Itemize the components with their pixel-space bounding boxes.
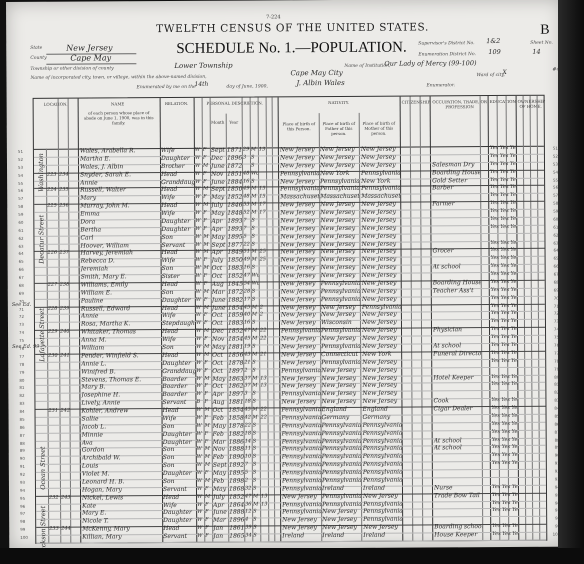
cell-father: New Jersey	[321, 366, 360, 373]
line-number: 68	[19, 283, 24, 288]
cell-age: 53	[243, 202, 250, 208]
cell-mar: S	[252, 359, 259, 365]
cell-month: Oct	[212, 352, 227, 359]
cell-mar: S	[251, 241, 258, 247]
cell-father: New Jersey	[321, 272, 360, 279]
cell-born: New Jersey	[281, 335, 320, 342]
cell-father: New Jersey	[320, 201, 359, 208]
cell-rel: Son	[163, 446, 196, 453]
cell-name: Pender, Winfield S.	[81, 352, 161, 359]
scan-edge	[0, 548, 584, 564]
cell-age: 11	[245, 446, 252, 452]
cell-born: New Jersey	[282, 524, 321, 531]
cell-edu: Yes Yes Yes	[491, 271, 517, 277]
township-value: Lower Township	[174, 62, 232, 70]
line-number: 93	[20, 480, 25, 485]
state-value: New Jersey	[66, 43, 112, 52]
cell-father: Pennsylvania	[321, 359, 360, 366]
cell-month: Aug	[212, 399, 227, 406]
cell-color: W	[197, 494, 204, 500]
cell-month: Dec	[211, 155, 226, 162]
cell-mar: S	[253, 525, 260, 531]
cell-age: 4	[245, 517, 252, 523]
cell-month: Feb	[213, 430, 228, 437]
cell-house: 228	[48, 305, 59, 311]
cell-name: Jeremiah	[81, 265, 161, 272]
cell-mother: Pennsylvania	[363, 469, 402, 476]
cell-edu: Yes Yes Yes	[490, 184, 516, 190]
cell-born: New Jersey	[281, 382, 320, 389]
cell-age: 18	[244, 399, 251, 405]
cell-father: Wisconsin	[321, 319, 360, 326]
cell-born: Pennsylvania	[281, 390, 320, 397]
cell-color: W	[197, 517, 204, 523]
cell-color: W	[197, 533, 204, 539]
cell-color: W	[196, 289, 203, 295]
line-number: 92	[20, 472, 25, 477]
cell-month: Apr	[213, 501, 228, 508]
cell-rel: Son	[161, 234, 194, 241]
cell-sex: M	[204, 289, 211, 295]
line-number: 65	[19, 259, 24, 264]
cell-year: 1852	[228, 273, 243, 280]
schedule-title: SCHEDULE No. 1.—POPULATION.	[176, 40, 407, 58]
state-label: State	[30, 46, 42, 51]
cell-edu: Yes Yes Yes	[490, 145, 516, 151]
line-number: 86	[20, 425, 25, 430]
cell-father: New Jersey	[321, 390, 360, 397]
cell-occ: Hotel Keeper	[433, 374, 481, 381]
cell-sex: M	[203, 202, 210, 208]
cell-name: Bertha	[80, 226, 160, 233]
cell-house: 230	[48, 353, 59, 359]
cell-color: W	[196, 312, 203, 318]
cell-month: July	[213, 493, 228, 500]
line-number: 74	[19, 330, 24, 335]
cell-age: 12	[245, 509, 252, 515]
cell-month: Feb	[213, 415, 228, 422]
line-number: 59	[18, 212, 23, 217]
cell-father: New Jersey	[320, 233, 359, 240]
county-label: County	[30, 56, 46, 61]
cell-color: W	[196, 336, 203, 342]
cell-rel: Daughter	[163, 438, 196, 445]
cell-fam: 238	[60, 282, 69, 288]
cell-father: New Jersey	[321, 256, 360, 263]
line-number: 69	[19, 291, 24, 296]
col-month: Month	[210, 120, 226, 125]
cell-color: W	[197, 438, 204, 444]
cell-born: New Jersey	[280, 225, 319, 232]
street-name: Lafayette Street	[38, 308, 46, 362]
line-number: 75	[19, 338, 24, 343]
cell-mother: England	[362, 406, 401, 413]
cell-father: Pennsylvania	[322, 477, 361, 484]
cell-rel: Head	[162, 407, 195, 414]
cell-name: Hogan, Mary	[82, 486, 162, 493]
cell-year: 1890	[229, 454, 244, 461]
cell-sex: F	[204, 312, 211, 318]
cell-name: Pauline	[81, 297, 161, 304]
cell-edu: Yes Yes Yes	[491, 373, 517, 379]
cell-sex: F	[205, 509, 212, 515]
cell-edu: Yes Yes Yes	[491, 310, 517, 316]
cell-name: Kate	[82, 502, 162, 509]
cell-edu: Yes Yes Yes	[491, 334, 517, 340]
cell-rel: Wife	[161, 147, 194, 154]
cell-sex: F	[203, 226, 210, 232]
cell-name: Annie	[80, 179, 160, 186]
cell-month: June	[211, 162, 226, 169]
cell-sex: F	[204, 336, 211, 342]
cell-sex: F	[205, 438, 212, 444]
cell-rel: Servant	[163, 486, 196, 493]
cell-year: 1878	[228, 359, 243, 366]
cell-color: W	[197, 454, 204, 460]
cell-mar: M	[251, 194, 258, 200]
cell-color: W	[197, 501, 204, 507]
cell-year: 1898	[229, 478, 244, 485]
sheet-label: Sheet No.	[530, 41, 553, 46]
cell-sex: F	[203, 155, 210, 161]
cell-age: 47	[244, 328, 251, 334]
cell-mother: New Jersey	[362, 374, 401, 381]
cell-occ: Farmer	[432, 200, 480, 207]
cell-born: Pennsylvania	[282, 485, 321, 492]
cell-name: Harvey, Jeremiah	[81, 249, 161, 256]
cell-mother: Pennsylvania	[363, 445, 402, 452]
cell-rel: Head	[163, 525, 196, 532]
cell-month: Sept	[211, 147, 226, 154]
cell-born: New Jersey	[280, 217, 319, 224]
line-number: 96	[20, 503, 25, 508]
line-number: 84	[19, 409, 24, 414]
cell-mar: S	[253, 470, 260, 476]
cell-year: 1858	[229, 414, 244, 421]
cell-color: W	[196, 383, 203, 389]
cell-father: Pennsylvania	[322, 430, 361, 437]
cell-occ: Barber	[432, 184, 480, 191]
cell-year: 1878	[229, 422, 244, 429]
cell-father: Pennsylvania	[320, 177, 359, 184]
cell-edu: Yes Yes Yes	[490, 224, 516, 230]
cell-mother: New Jersey	[361, 153, 400, 160]
street-name: Washington	[37, 153, 45, 192]
cell-father: New Jersey	[320, 162, 359, 169]
cell-month: Oct	[212, 407, 227, 414]
cell-age: 2	[244, 367, 251, 373]
cell-born: Pennsylvania	[282, 477, 321, 484]
cell-born: New Jersey	[280, 162, 319, 169]
cell-name: Wales, Arabella R.	[80, 147, 160, 154]
cell-year: 1895	[229, 470, 244, 477]
cell-month: Mar	[213, 438, 228, 445]
cell-sex: M	[203, 241, 210, 247]
line-number: 60	[18, 220, 23, 225]
cell-month: May	[211, 210, 226, 217]
line-number: 61	[18, 228, 23, 233]
cell-year: 1888	[229, 509, 244, 516]
cell-month: Nov	[211, 170, 226, 177]
sheet-value: 14	[532, 48, 540, 56]
cell-age: 19	[244, 344, 251, 350]
cell-mar: Wd	[251, 170, 258, 176]
cell-mar: S	[252, 391, 259, 397]
cell-mother: New York	[362, 350, 401, 357]
cell-yrs: 13	[261, 493, 268, 499]
cell-born: New Jersey	[280, 241, 319, 248]
street-name: Decatur Street	[37, 215, 45, 264]
cell-year: 1896	[227, 154, 242, 161]
cell-mother: New Jersey	[361, 224, 400, 231]
cell-yrs: 13	[261, 501, 268, 507]
cell-edu: Yes Yes Yes	[492, 444, 518, 450]
cell-mother: Ireland	[363, 484, 402, 491]
cell-month: Feb	[213, 478, 228, 485]
cell-edu: Yes Yes Yes	[490, 169, 516, 175]
cell-age: 49	[244, 257, 251, 263]
cell-mother: New Jersey	[362, 287, 401, 294]
cell-rel: Servant	[162, 399, 195, 406]
cell-month: May	[211, 233, 226, 240]
enumerated-label: Enumerated by me on the	[137, 85, 196, 90]
cell-year: 1895	[227, 233, 242, 240]
cell-mar: M	[252, 304, 259, 310]
cell-name: Mary B.	[81, 383, 161, 390]
cell-rel: Daughter	[163, 517, 196, 524]
cell-name: Nickel, Lewis	[82, 494, 162, 501]
cell-year: 1852	[227, 194, 242, 201]
cell-sex: F	[204, 399, 211, 405]
cell-color: W	[197, 430, 204, 436]
cell-month: May	[213, 470, 228, 477]
cell-father: New Jersey	[321, 374, 360, 381]
cell-mother: New Jersey	[361, 146, 400, 153]
cell-sex: M	[203, 233, 210, 239]
enumeration-value: 109	[488, 48, 500, 56]
cell-mother: New Jersey	[362, 390, 401, 397]
cell-sex: F	[204, 383, 211, 389]
cell-fam: 240	[60, 329, 69, 335]
cell-color: W	[196, 281, 203, 287]
cell-mother: Pennsylvania	[362, 303, 401, 310]
cell-rel: Wife	[162, 257, 195, 264]
cell-month: Mar	[212, 288, 227, 295]
cell-year: 1846	[227, 202, 242, 209]
cell-mother: New Jersey	[363, 524, 402, 531]
cell-year: 1854	[228, 304, 243, 311]
cell-color: W	[196, 344, 203, 350]
cell-year: 1871	[227, 147, 242, 154]
cell-mother: New Jersey	[363, 492, 402, 499]
cell-mother: New Jersey	[361, 240, 400, 247]
cell-fam: 242	[60, 408, 69, 414]
cell-edu: Yes Yes Yes	[491, 263, 517, 269]
cell-occ: At school	[434, 445, 482, 452]
cell-sex: F	[205, 415, 212, 421]
cell-rel: Wife	[161, 210, 194, 217]
cell-mother: New Jersey	[362, 327, 401, 334]
cell-born: New Jersey	[280, 233, 319, 240]
cell-age: 37	[244, 375, 251, 381]
cell-edu: Yes Yes Yes	[492, 429, 518, 435]
cell-name: Rosa, Martha K.	[81, 320, 161, 327]
cell-mar: M	[252, 249, 259, 255]
cell-occ: Grocer	[433, 248, 481, 255]
cell-age: 49	[243, 186, 250, 192]
cell-month: Apr	[212, 391, 227, 398]
cell-mother: New Jersey	[361, 232, 400, 239]
cell-color: W	[195, 194, 202, 200]
cell-edu: Yes Yes Yes	[490, 239, 516, 245]
cell-sex: M	[204, 304, 211, 310]
cell-edu: Yes Yes Yes	[492, 460, 518, 466]
cell-mother: New Jersey	[361, 201, 400, 208]
cell-month: Oct	[212, 273, 227, 280]
cell-born: New Jersey	[281, 398, 320, 405]
cell-mar: S	[252, 265, 259, 271]
cell-sex: M	[205, 423, 212, 429]
cell-born: Pennsylvania	[282, 422, 321, 429]
cell-age: 48	[243, 170, 250, 176]
cell-father: Pennsylvania	[322, 422, 361, 429]
col-birth-father: Place of birth of Father of this person.	[320, 121, 358, 136]
cell-occ: Boarding House	[432, 169, 480, 176]
cell-yrs: 13	[259, 146, 266, 152]
line-number: 78	[19, 362, 24, 367]
cell-born: New Jersey	[281, 280, 320, 287]
cell-year: 1893	[227, 225, 242, 232]
cell-year: 1881	[228, 399, 243, 406]
cell-house: 224	[47, 187, 58, 193]
table-header: LOCATION. NAME of each person whose plac…	[34, 96, 544, 150]
cell-father: Connecticut	[321, 351, 360, 358]
cell-house: 223	[47, 171, 58, 177]
cell-occ: At school	[434, 437, 482, 444]
cell-sex: M	[204, 328, 211, 334]
cell-age: 47	[244, 273, 251, 279]
cell-sex: M	[204, 249, 211, 255]
cell-edu: Yes Yes Yes	[491, 255, 517, 261]
cell-edu: Yes Yes Yes	[492, 452, 518, 458]
cell-name: Gordon	[82, 446, 162, 453]
cell-father: New Jersey	[322, 516, 361, 523]
cell-mother: New Jersey	[362, 256, 401, 263]
line-number: 63	[18, 243, 23, 248]
cell-fam: 243	[61, 494, 70, 500]
cell-rel: Wife	[163, 415, 196, 422]
cell-born: New Jersey	[281, 272, 320, 279]
cell-father: New Jersey	[320, 217, 359, 224]
cell-sex: M	[204, 344, 211, 350]
cell-rel: Son	[162, 289, 195, 296]
cell-sex: M	[205, 478, 212, 484]
cell-house: 225	[47, 203, 58, 209]
cell-age: 43	[244, 351, 251, 357]
cell-father: Germany	[322, 414, 361, 421]
cell-year: 1872	[228, 288, 243, 295]
cell-occ: Physician	[433, 326, 481, 333]
cell-color: W	[196, 249, 203, 255]
cell-age: 22	[243, 241, 250, 247]
cell-sex: F	[204, 360, 211, 366]
cell-age: 40	[244, 312, 251, 318]
scan-edge	[558, 0, 584, 564]
cell-name: Lively, Annie	[81, 399, 161, 406]
cell-father: England	[321, 406, 360, 413]
cell-age: 18	[245, 430, 252, 436]
cell-month: Jan	[213, 525, 228, 532]
cell-edu: Yes Yes Yes	[491, 287, 517, 293]
cell-color: W	[196, 367, 203, 373]
cell-father: Pennsylvania	[321, 296, 360, 303]
cell-sex: M	[204, 407, 211, 413]
col-year: Year	[226, 120, 242, 125]
cell-born: Pennsylvania	[281, 406, 320, 413]
cell-year: 1852	[229, 493, 244, 500]
cell-age: 3	[243, 154, 250, 160]
cell-born: New Jersey	[281, 249, 320, 256]
cell-rel: Daughter	[163, 470, 196, 477]
cell-mar: S	[253, 446, 260, 452]
cell-month: Mar	[213, 517, 228, 524]
township-label: Township or other division of county	[30, 66, 113, 72]
cell-name: Russell, Walter	[80, 186, 160, 193]
cell-mar: S	[251, 154, 258, 160]
margin-note: See Ed. 99	[12, 344, 39, 350]
cell-father: Pennsylvania	[322, 437, 361, 444]
cell-fam: 244	[61, 526, 70, 532]
cell-color: W	[196, 375, 203, 381]
cell-color: W	[197, 446, 204, 452]
cell-occ: Cook	[433, 397, 481, 404]
cell-father: New Jersey	[321, 303, 360, 310]
cell-name: Annie L.	[81, 360, 161, 367]
cell-rel: Head	[162, 328, 195, 335]
cell-yrs: 15	[259, 186, 266, 192]
cell-house: 227	[48, 282, 59, 288]
cell-mar: M	[253, 493, 260, 499]
cell-age: 28	[244, 288, 251, 294]
cell-born: Pennsylvania	[281, 327, 320, 334]
cell-rel: Daughter	[161, 218, 194, 225]
supervisor-label: Supervisor's District No.	[418, 41, 474, 46]
cell-age: 2	[245, 477, 252, 483]
cell-mother: Pennsylvania	[361, 169, 400, 176]
cell-color: W	[195, 233, 202, 239]
cell-rel: Son	[163, 454, 196, 461]
cell-mother: New Jersey	[362, 343, 401, 350]
cell-mar: S	[253, 517, 260, 523]
cell-mother: Germany	[363, 413, 402, 420]
enumerator-name: J. Albin Wales	[296, 79, 344, 87]
line-number: 81	[19, 385, 24, 390]
cell-edu: Yes Yes Yes	[492, 413, 518, 419]
cell-month: May	[211, 194, 226, 201]
cell-month: July	[211, 202, 226, 209]
census-sheet: 7-224 TWELFTH CENSUS OF THE UNITED STATE…	[6, 0, 565, 550]
cell-mar: S	[251, 233, 258, 239]
cell-edu: Yes Yes Yes	[491, 295, 517, 301]
cell-rel: Head	[163, 494, 196, 501]
cell-rel: Brother	[161, 163, 194, 170]
cell-fam: 239	[60, 305, 69, 311]
cell-year: 1893	[227, 217, 242, 224]
cell-name: Sallie	[82, 415, 162, 422]
cell-fam: 236	[59, 203, 68, 209]
cell-year: 1882	[229, 430, 244, 437]
cell-rel: Granddaughter	[162, 367, 195, 374]
